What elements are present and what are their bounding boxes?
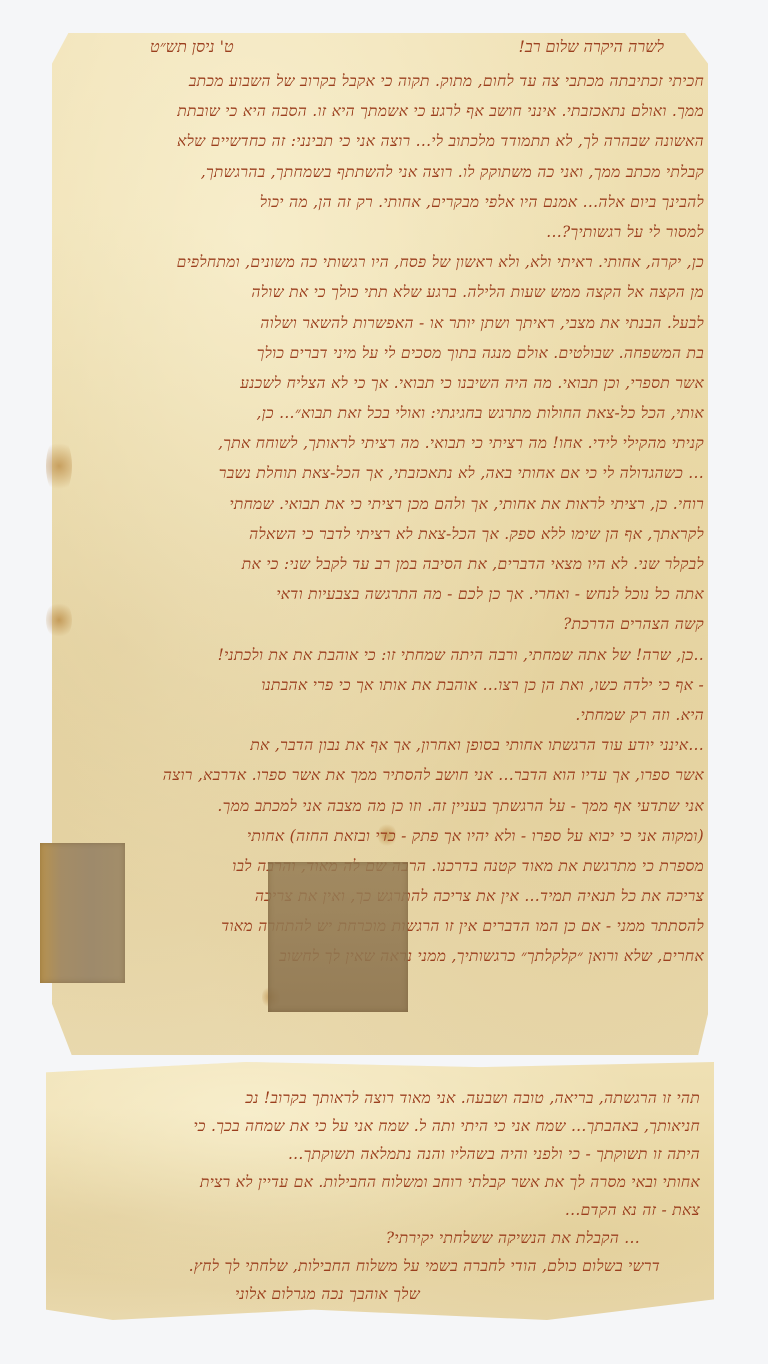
- text-line: אשר ספרו, אך עדיו הוא הדבר... אני חושב ל…: [64, 760, 704, 790]
- text-line: לקראתך, אף הן שימו ללא ספק. אך הכל-צאת ל…: [64, 519, 704, 549]
- text-line: ממך. ואולם נתאכזבתי. אינני חושב אף לרגע …: [64, 96, 704, 126]
- letter-date: ט' ניסן תש״ט: [150, 37, 234, 57]
- text-line: קניתי מהקילי לידי. אחו! מה רציתי כי תבוא…: [64, 428, 704, 458]
- text-line: תהי זו הרגשתה, בריאה, טובה ושבעה. אני מא…: [60, 1084, 700, 1112]
- text-line: להבינך ביום אלה... אמנם היו אלפי מבקרים,…: [64, 187, 704, 217]
- text-line: חכיתי זכתיבתה מכתבי צה עד לחום, מתוק. תק…: [64, 66, 704, 96]
- text-line: מן הקצה אל הקצה ממש שעות הלילה. ברגע שלא…: [64, 277, 704, 307]
- text-line: לבעל. הבנתי את מצבי, ראיתך ושתן יותר או …: [64, 308, 704, 338]
- salutation: לשרה היקרה שלום רב!: [518, 37, 664, 57]
- letter-body-page-1: חכיתי זכתיבתה מכתבי צה עד לחום, מתוק. תק…: [64, 66, 704, 972]
- text-line: אותי, הכל כל-צאת החולות מתרגש בחגיגתי: ו…: [64, 398, 704, 428]
- text-line: (ומקוה אני כי יבוא על ספרו - ולא יהיו אך…: [64, 821, 704, 851]
- text-line: אני שתדעי אף ממך - על הרגשתך בעניין זה. …: [64, 791, 704, 821]
- text-line: צאת - זה נא הקדם...: [60, 1196, 700, 1224]
- text-line: - אף כי ילדה כשו, ואת הן כן רצו... אוהבת…: [64, 670, 704, 700]
- text-line: ..כן, שרה! של אתה שמחתי, ורבה היתה שמחתי…: [64, 640, 704, 670]
- text-line: כן, יקרה, אחותי. ראיתי ולא, ולא ראשון של…: [64, 247, 704, 277]
- text-line: לבקלר שני. לא היו מצאי הדברים, את הסיבה …: [64, 549, 704, 579]
- text-line: היא. וזה רק שמחתי.: [64, 700, 704, 730]
- text-line: למסור לי על רגשותיך?...: [64, 217, 704, 247]
- letter-body-page-2: תהי זו הרגשתה, בריאה, טובה ושבעה. אני מא…: [60, 1084, 700, 1308]
- text-line: ...אינני יודע עוד הרגשתו אחותי בסופן ואח…: [64, 730, 704, 760]
- text-line: היתה זו תשוקתך - כי ולפני והיה בשהליו וה…: [60, 1140, 700, 1168]
- adhesive-tape-left: [40, 843, 125, 983]
- text-line: אתה כל נוכל לנחש - ואחרי. אך כן לכם - מה…: [64, 579, 704, 609]
- text-line: ... כשהגדולה לי כי אם אחותי באה, לא נתאכ…: [64, 458, 704, 488]
- text-line: חניאותך, באהבתך... שמח אני כי היתי ותה ל…: [60, 1112, 700, 1140]
- text-line: בת המשפחה. שבולטים. אולם מנגה בתוך מסכים…: [64, 338, 704, 368]
- text-line: אשר תספרי, וכן תבואי. מה היה השיבנו כי ת…: [64, 368, 704, 398]
- text-line: האשונה שבהרה לך, לא תתמודד מלכתוב לי... …: [64, 126, 704, 156]
- letter-heading: לשרה היקרה שלום רב! ט' ניסן תש״ט: [60, 37, 700, 67]
- text-line: קשה הצהרים הדרכת?: [64, 609, 704, 639]
- text-line: אחותי ובאי מסרה לך את אשר קבלתי רוחב ומש…: [60, 1168, 700, 1196]
- text-line: רוחי. כן, רציתי לראות את אחותי, אך ולהם …: [64, 489, 704, 519]
- text-line: קבלתי מכתב ממך, ואני כה משתוקק לו. רוצה …: [64, 157, 704, 187]
- signature-line: שלך אוהבך נכה מגרלום אלוני: [60, 1280, 700, 1308]
- text-line: ... הקבלת את הנשיקה ששלחתי יקירתי?: [60, 1224, 700, 1252]
- text-line: דרשי בשלום כולם, הודי לחברה בשמי על משלו…: [60, 1252, 700, 1280]
- adhesive-tape-middle: [268, 862, 408, 1012]
